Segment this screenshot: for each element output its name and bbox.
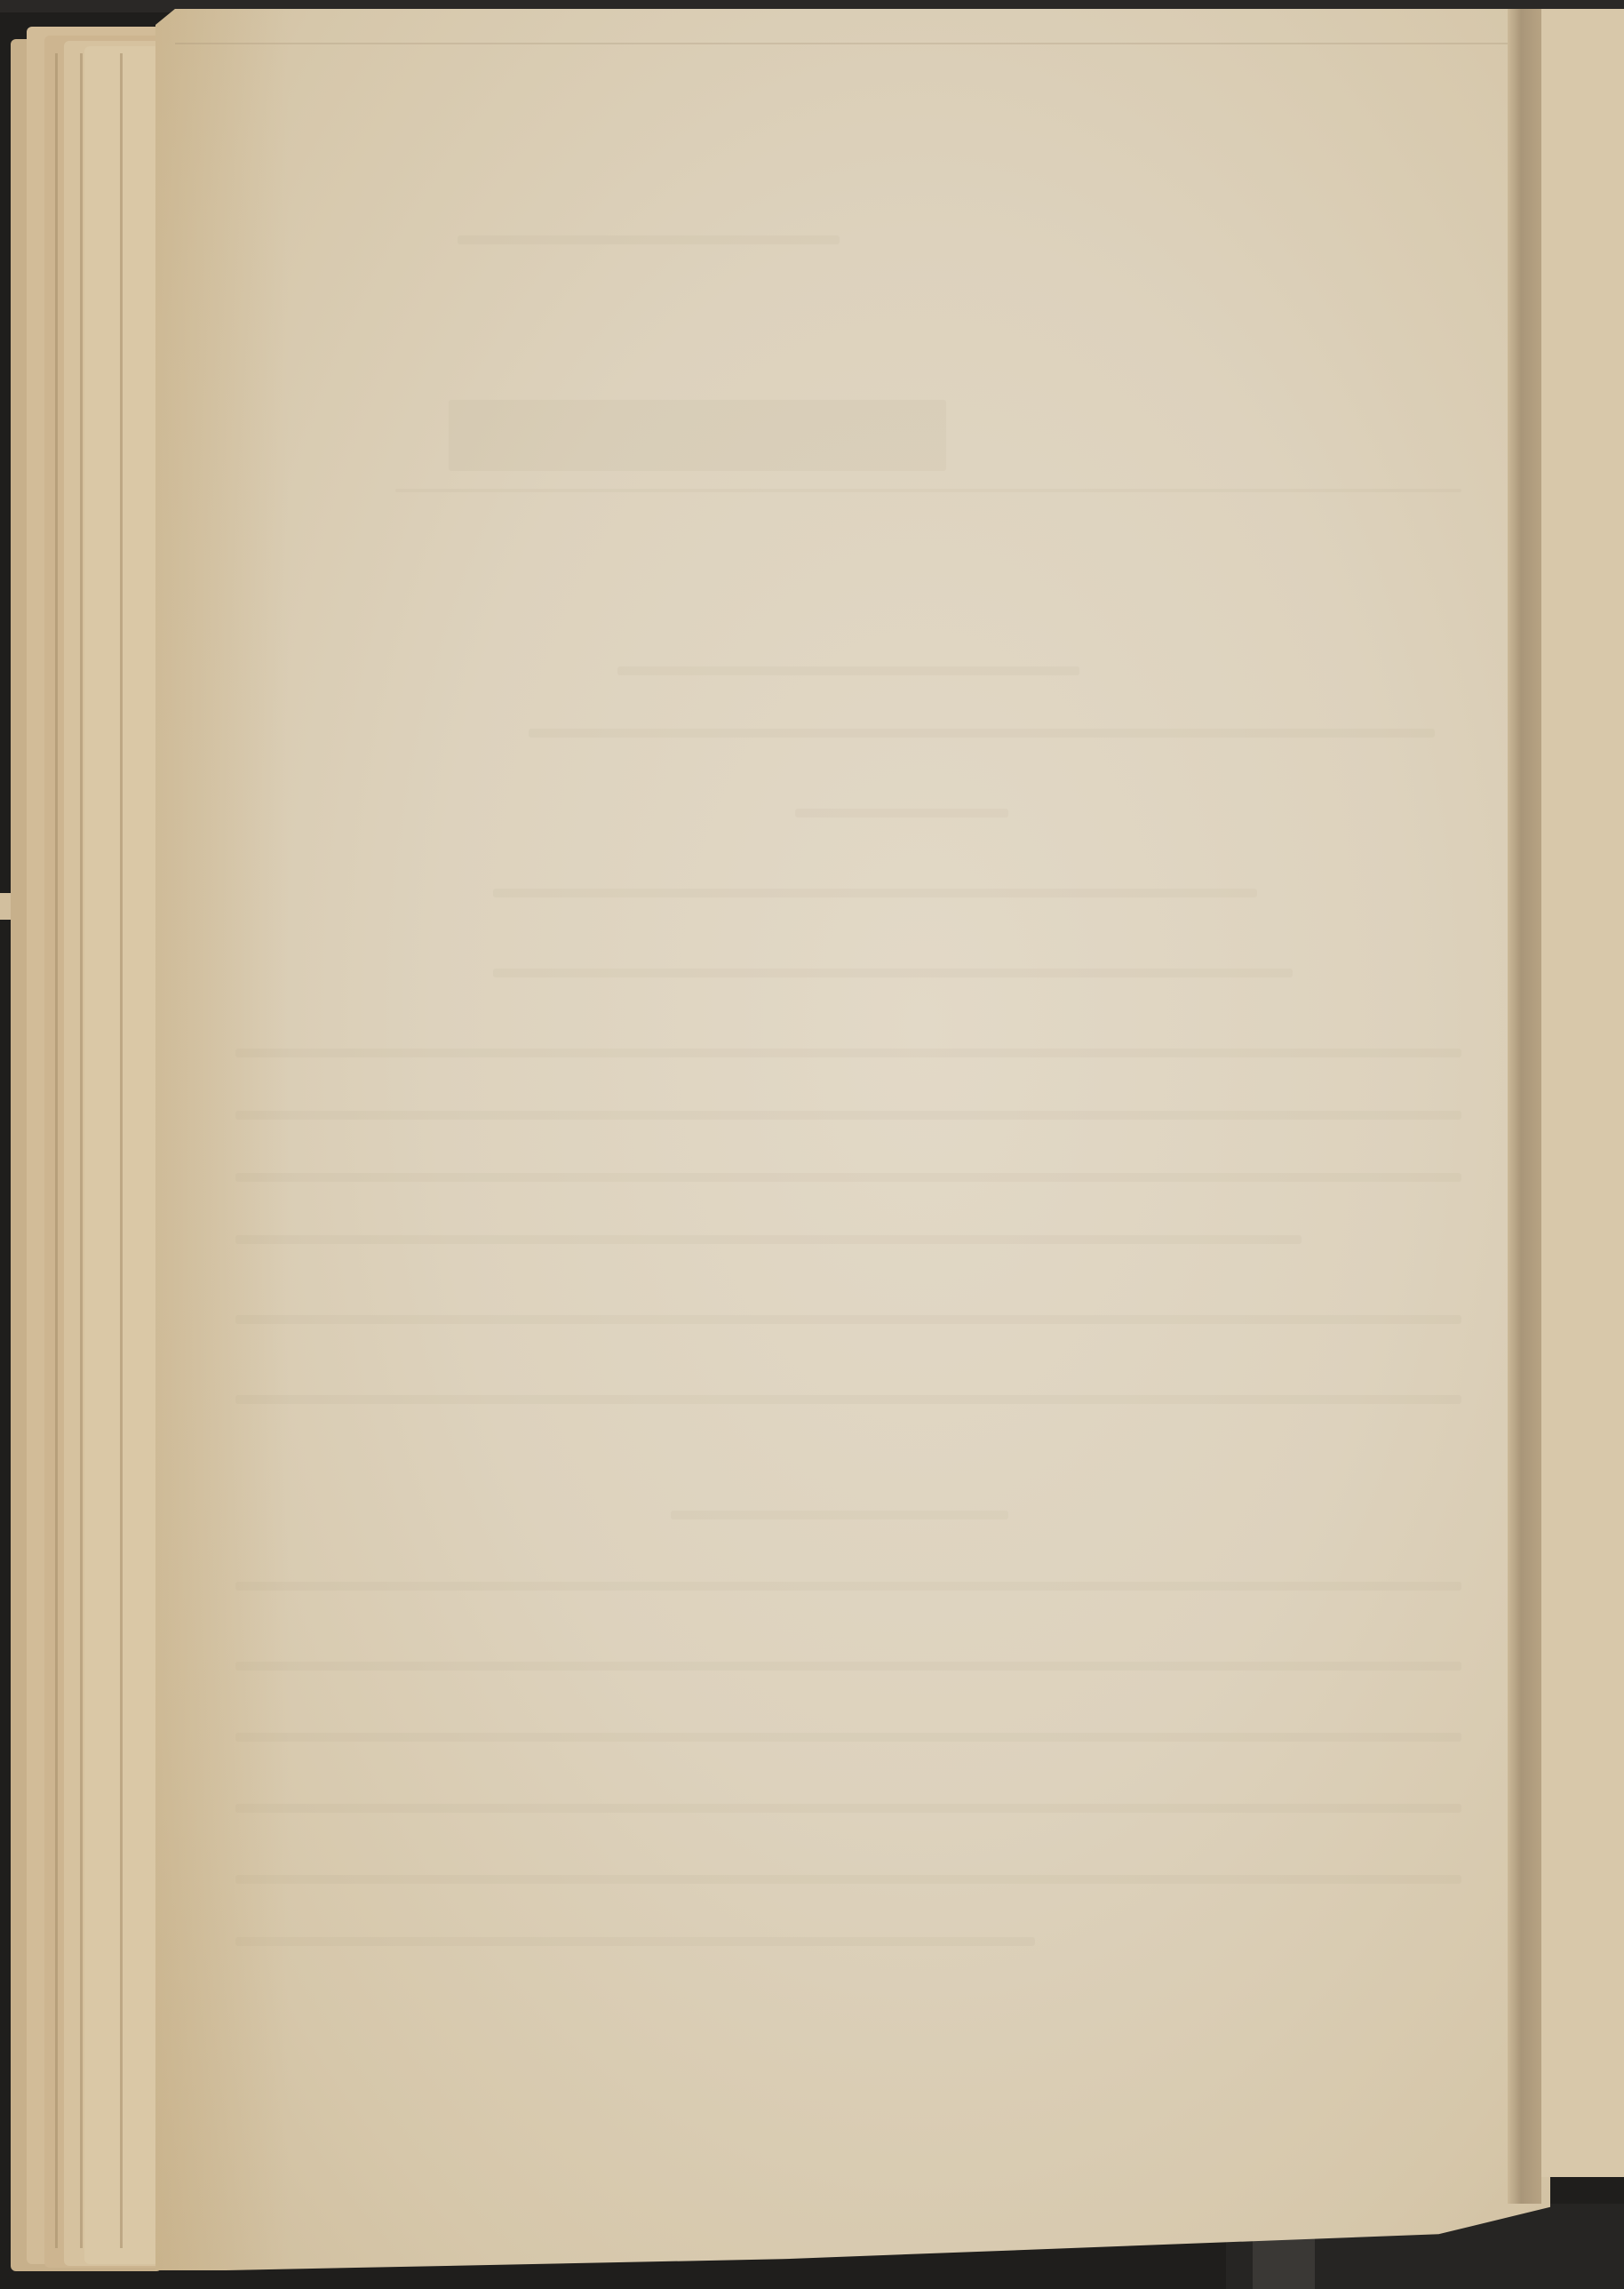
book-gutter (1508, 9, 1541, 2204)
show-through-text (155, 9, 1550, 2270)
page-edge-line (80, 53, 83, 2248)
facing-page-edge (1541, 9, 1624, 2177)
page-edge-line (120, 53, 123, 2248)
page-edge-line (55, 53, 58, 2248)
blank-page (155, 9, 1550, 2270)
scanned-book-spread (0, 0, 1624, 2289)
